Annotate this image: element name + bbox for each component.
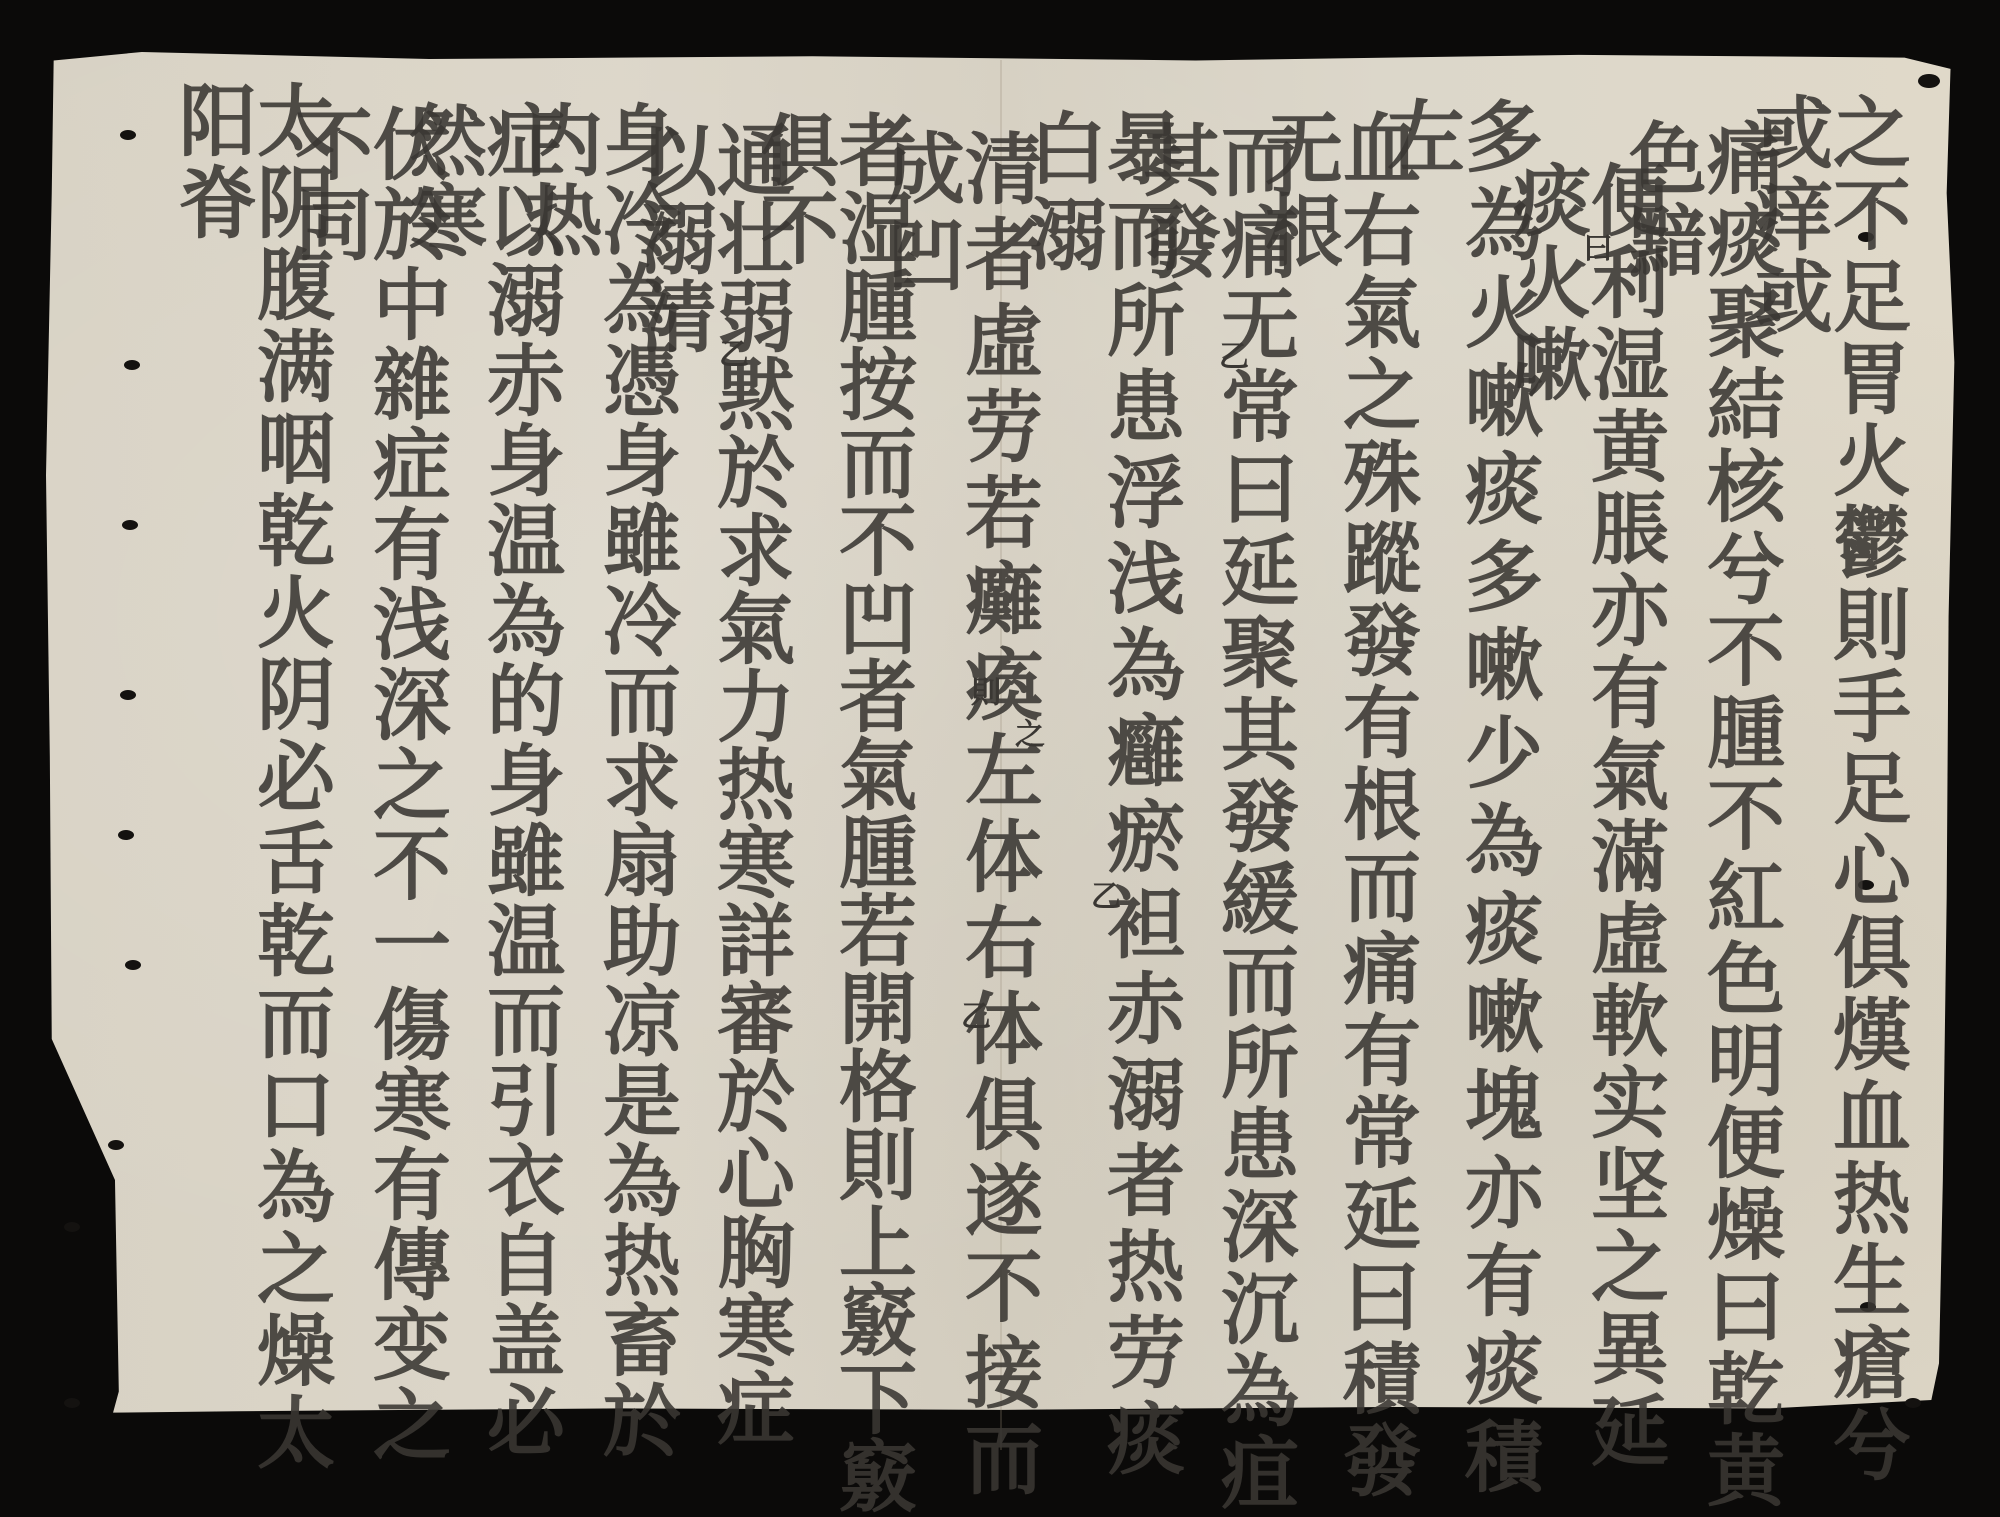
marginal-annotation: 乙 [708, 338, 752, 368]
marginal-annotation: 乙 [950, 1000, 994, 1030]
marginal-annotation: 則 [960, 676, 1004, 706]
binding-hole [64, 1398, 80, 1408]
binding-hole [118, 830, 134, 840]
marginal-annotation: 乙 [1080, 880, 1124, 910]
marginal-annotation: 乙 [1208, 340, 1252, 370]
binding-hole [120, 130, 136, 140]
binding-hole [1918, 74, 1940, 88]
binding-hole [108, 1140, 124, 1150]
text-column-7: 暴而所患浮浅為癰瘀袒赤溺者热劳痰白溺 [1022, 108, 1178, 1517]
marginal-annotation: 曰 [1572, 232, 1616, 262]
binding-hole [125, 960, 141, 970]
binding-hole [120, 690, 136, 700]
binding-hole [124, 360, 140, 370]
binding-hole [122, 520, 138, 530]
text-column-14: 太阴腹满咽乾火阴必舌乾而口為之燥太阳脊 [172, 80, 328, 1517]
binding-hole [64, 1222, 80, 1232]
marginal-annotation: 之 [1004, 718, 1048, 748]
